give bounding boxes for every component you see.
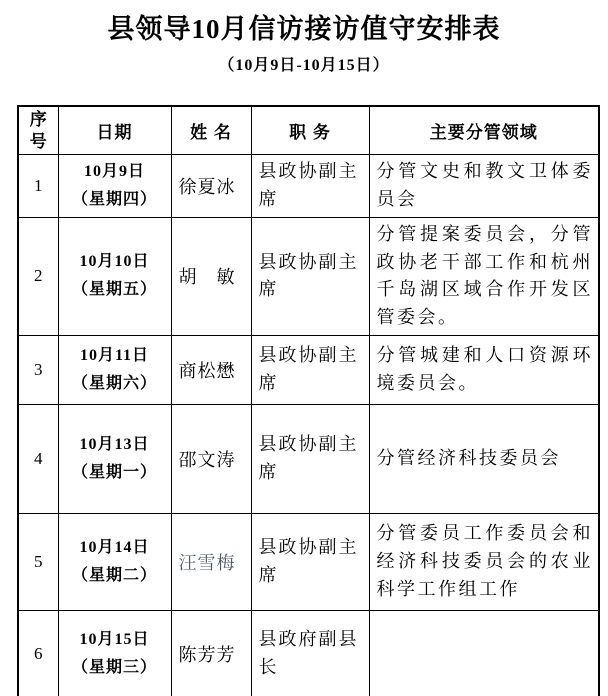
cell-position: 县政协副主席 bbox=[251, 217, 369, 336]
table-row: 4 10月13日 （星期一） 邵文涛 县政协副主席 分管经济科技委员会 bbox=[18, 405, 599, 514]
cell-date: 10月11日 （星期六） bbox=[58, 336, 171, 405]
cell-position: 县政协副主席 bbox=[251, 514, 369, 611]
duty-schedule-table: 序号 日期 姓 名 职 务 主要分管领域 1 10月9日 （星期四） 徐夏冰 县… bbox=[17, 105, 600, 696]
cell-date: 10月15日 （星期三） bbox=[58, 611, 171, 696]
cell-serial-number: 4 bbox=[18, 405, 58, 514]
cell-name: 陈芳芳 bbox=[171, 611, 251, 696]
cell-date: 10月10日 （星期五） bbox=[58, 217, 171, 336]
cell-name: 胡 敏 bbox=[171, 217, 251, 336]
cell-serial-number: 6 bbox=[18, 611, 58, 696]
cell-domain bbox=[369, 611, 599, 696]
document-subtitle: （10月9日-10月15日） bbox=[0, 52, 608, 75]
cell-position: 县政协副主席 bbox=[251, 154, 369, 217]
cell-position: 县政府副县长 bbox=[251, 611, 369, 696]
table-row: 2 10月10日 （星期五） 胡 敏 县政协副主席 分管提案委员会，分管政协老干… bbox=[18, 217, 599, 336]
cell-serial-number: 1 bbox=[18, 154, 58, 217]
header-serial-number: 序号 bbox=[18, 106, 58, 154]
cell-date: 10月9日 （星期四） bbox=[58, 154, 171, 217]
table-row: 6 10月15日 （星期三） 陈芳芳 县政府副县长 bbox=[18, 611, 599, 696]
cell-serial-number: 3 bbox=[18, 336, 58, 405]
cell-name-highlighted: 汪雪梅 bbox=[171, 514, 251, 611]
cell-domain: 分管经济科技委员会 bbox=[369, 405, 599, 514]
table-row: 1 10月9日 （星期四） 徐夏冰 县政协副主席 分管文史和教文卫体委员会 bbox=[18, 154, 599, 217]
header-domain: 主要分管领域 bbox=[369, 106, 599, 154]
header-name: 姓 名 bbox=[171, 106, 251, 154]
cell-position: 县政协副主席 bbox=[251, 405, 369, 514]
table-header-row: 序号 日期 姓 名 职 务 主要分管领域 bbox=[18, 106, 599, 154]
cell-domain: 分管文史和教文卫体委员会 bbox=[369, 154, 599, 217]
cell-domain: 分管城建和人口资源环境委员会。 bbox=[369, 336, 599, 405]
cell-name: 邵文涛 bbox=[171, 405, 251, 514]
cell-name: 徐夏冰 bbox=[171, 154, 251, 217]
header-date: 日期 bbox=[58, 106, 171, 154]
cell-date: 10月14日 （星期二） bbox=[58, 514, 171, 611]
document-page: 县领导10月信访接访值守安排表 （10月9日-10月15日） 序号 日期 姓 名… bbox=[0, 0, 608, 696]
cell-date: 10月13日 （星期一） bbox=[58, 405, 171, 514]
table-row: 5 10月14日 （星期二） 汪雪梅 县政协副主席 分管委员工作委员会和经济科技… bbox=[18, 514, 599, 611]
table-row: 3 10月11日 （星期六） 商松懋 县政协副主席 分管城建和人口资源环境委员会… bbox=[18, 336, 599, 405]
header-position: 职 务 bbox=[251, 106, 369, 154]
cell-serial-number: 2 bbox=[18, 217, 58, 336]
cell-position: 县政协副主席 bbox=[251, 336, 369, 405]
cell-name: 商松懋 bbox=[171, 336, 251, 405]
cell-domain: 分管委员工作委员会和经济科技委员会的农业科学工作组工作 bbox=[369, 514, 599, 611]
cell-domain: 分管提案委员会，分管政协老干部工作和杭州千岛湖区域合作开发区管委会。 bbox=[369, 217, 599, 336]
cell-serial-number: 5 bbox=[18, 514, 58, 611]
document-title: 县领导10月信访接访值守安排表 bbox=[0, 0, 608, 45]
